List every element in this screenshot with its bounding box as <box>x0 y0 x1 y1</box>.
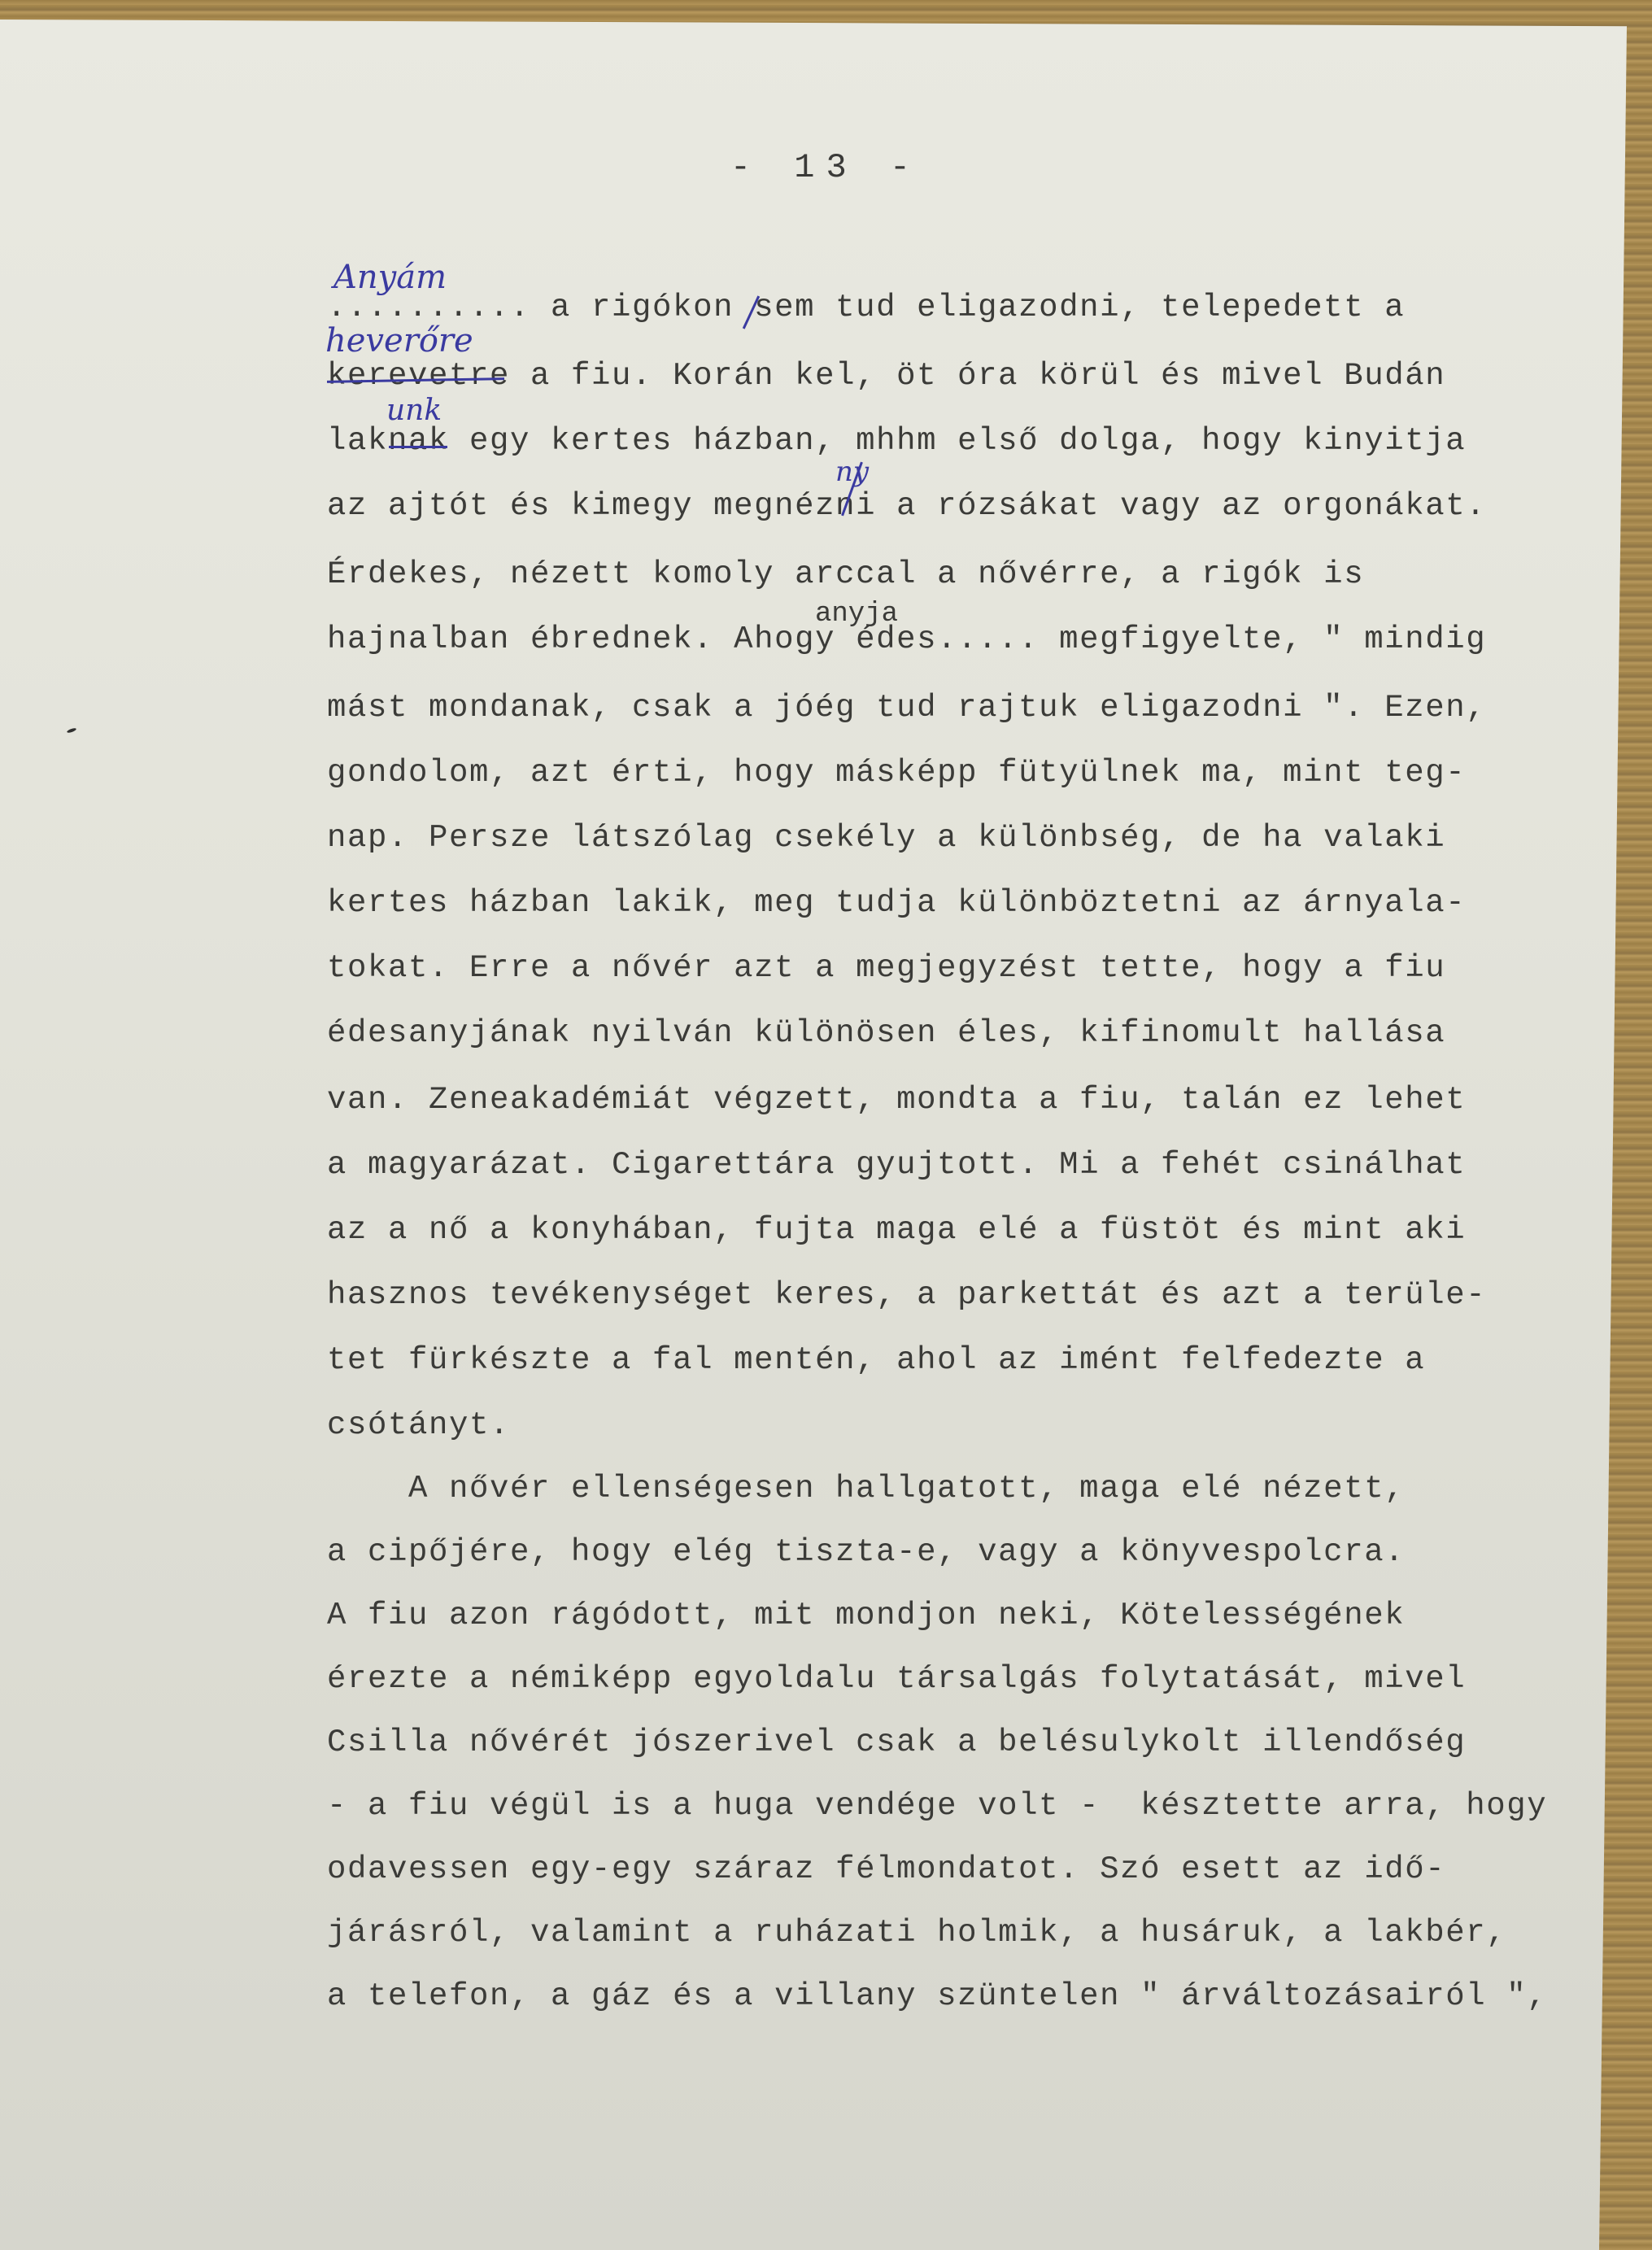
text-line: A nővér ellenségesen hallgatott, maga el… <box>327 1471 1405 1507</box>
text-line: kertes házban lakik, meg tudja különbözt… <box>327 885 1466 921</box>
text-line: hajnalban ébrednek. Ahogy édes..... megf… <box>327 621 1486 657</box>
handwritten-correction: Anyám <box>333 259 447 296</box>
text-line: - a fiu végül is a huga vendége volt - k… <box>327 1788 1547 1824</box>
handwritten-correction: unk <box>386 394 442 427</box>
text-line: a telefon, a gáz és a villany szüntelen … <box>327 1978 1547 2014</box>
text-line: laknak egy kertes házban, mhhm első dolg… <box>327 423 1466 459</box>
text-line: hasznos tevékenységet keres, a parkettát… <box>327 1277 1486 1313</box>
typed-insertion: anyja <box>815 599 898 630</box>
text-line: van. Zeneakadémiát végzett, mondta a fiu… <box>327 1082 1466 1118</box>
handwritten-correction: heverőre <box>325 322 473 360</box>
text-line: az a nő a konyhában, fujta maga elé a fü… <box>327 1212 1466 1248</box>
strikethrough-mark <box>389 446 447 448</box>
text-line: nap. Persze látszólag csekély a különbsé… <box>327 820 1445 856</box>
text-line: A fiu azon rágódott, mit mondjon neki, K… <box>327 1598 1405 1633</box>
text-line: gondolom, azt érti, hogy másképp fütyüln… <box>327 755 1466 791</box>
text-line: a magyarázat. Cigarettára gyujtott. Mi a… <box>327 1147 1466 1183</box>
text-line: kerevetre a fiu. Korán kel, öt óra körül… <box>327 358 1445 394</box>
page-number: - 13 - <box>0 148 1652 187</box>
text-line: Csilla nővérét jószerivel csak a belésul… <box>327 1725 1466 1760</box>
text-line: érezte a némiképp egyoldalu társalgás fo… <box>327 1661 1466 1697</box>
text-line: csótányt. <box>327 1407 510 1443</box>
text-line: .......... a rigókon sem tud eligazodni,… <box>327 290 1405 325</box>
text-line: az ajtót és kimegy megnézni a rózsákat v… <box>327 488 1486 524</box>
text-line: tet fürkészte a fal mentén, ahol az imén… <box>327 1342 1425 1378</box>
text-line: a cipőjére, hogy elég tiszta-e, vagy a k… <box>327 1534 1405 1570</box>
text-line: járásról, valamint a ruházati holmik, a … <box>327 1915 1506 1951</box>
text-line: tokat. Erre a nővér azt a megjegyzést te… <box>327 950 1445 986</box>
text-line: édesanyjának nyilván különösen éles, kif… <box>327 1015 1445 1051</box>
text-line: Érdekes, nézett komoly arccal a nővérre,… <box>327 556 1364 592</box>
text-line: odavessen egy-egy száraz félmondatot. Sz… <box>327 1851 1445 1887</box>
text-line: mást mondanak, csak a jóég tud rajtuk el… <box>327 690 1486 726</box>
